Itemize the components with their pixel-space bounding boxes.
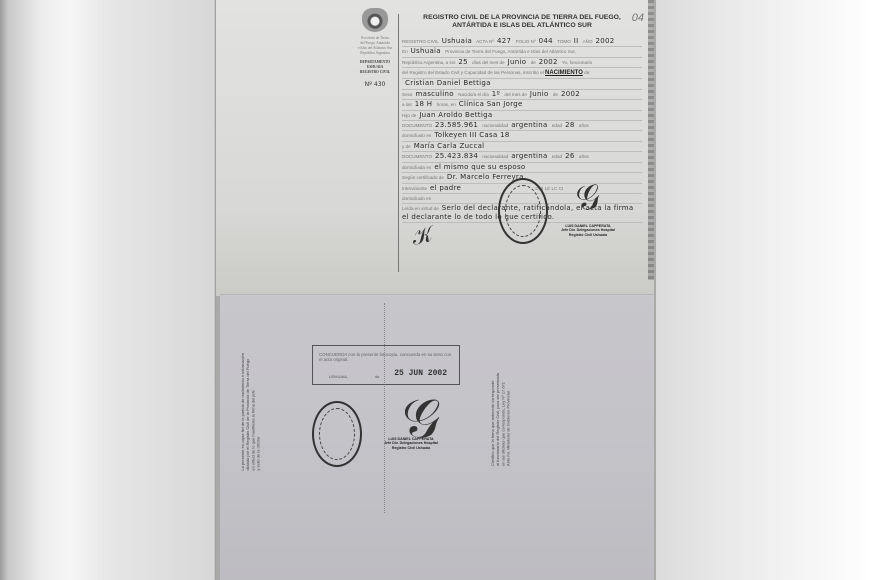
- certificate-title: REGISTRO CIVIL DE LA PROVINCIA DE TIERRA…: [402, 14, 642, 31]
- field-dom-padre: Tolkeyen III Casa 18: [434, 131, 509, 139]
- field-nac-padre: argentina: [511, 121, 547, 129]
- field-hora: 18 H: [415, 100, 433, 108]
- field-sexo: masculino: [415, 90, 453, 98]
- field-nac-madre: argentina: [511, 152, 547, 160]
- field-lugar: Clínica San Jorge: [459, 100, 523, 108]
- right-vertical-note: Certifico que la firma que antecede corr…: [490, 373, 511, 466]
- row-doc-madre: DOCUMENTO25.423.834 nacionalidadargentin…: [402, 152, 642, 162]
- column-divider: [398, 14, 399, 272]
- declarant-signature-icon: 𝒦: [410, 222, 435, 251]
- signer-block: LUIS DANIEL CAPPERATA Jefe Div. Delegaci…: [376, 437, 446, 450]
- row-sexo: Sexomasculino Nacido/a el día1º del mes …: [402, 90, 642, 100]
- field-dia: 25: [458, 58, 468, 66]
- field-edad-madre: 26: [565, 152, 575, 160]
- field-tomo: II: [574, 37, 579, 45]
- official-seal-icon: [312, 401, 362, 467]
- row-madre: y deMaría Carla Zuccal: [402, 142, 642, 152]
- row-hora: a las18 H horas, enClínica San Jorge: [402, 100, 642, 110]
- field-madre: María Carla Zuccal: [414, 142, 485, 150]
- official-seal-icon: [498, 178, 548, 244]
- issuer-column: Provincia de Tierra del Fuego, Antártida…: [350, 8, 400, 88]
- field-doc-madre: 25.423.834: [435, 152, 478, 160]
- field-dom-madre: el mismo que su esposo: [434, 163, 525, 171]
- margin-note: Nº 430: [350, 81, 400, 88]
- field-nombre: Cristian Daniel Bettiga: [405, 79, 491, 87]
- field-edad-padre: 28: [565, 121, 575, 129]
- field-folio: 044: [539, 37, 553, 45]
- field-doc-padre: 23.585.961: [435, 121, 478, 129]
- left-vertical-note: La presente es copia fiel de la partida …: [240, 353, 261, 471]
- certification-stamp: CONCUERDA con la presente fotocopia, con…: [312, 345, 460, 385]
- field-nacido-dia: 1º: [492, 90, 500, 98]
- field-en: Ushuaia: [411, 47, 441, 55]
- row-registro-text: del Registro del Estado Civil y Capacida…: [402, 68, 642, 79]
- field-registro: Ushuaia: [442, 37, 472, 45]
- field-acta: 427: [497, 37, 511, 45]
- field-ano: 2002: [596, 37, 615, 45]
- row-en: EnUshuaia Provincia de Tierra del Fuego,…: [402, 47, 642, 57]
- fold-line: [384, 303, 385, 513]
- coat-of-arms-icon: [362, 8, 388, 32]
- row-padre: Hijo deJuan Aroldo Bettiga: [402, 111, 642, 121]
- row-nombre: Cristian Daniel Bettiga: [402, 79, 642, 89]
- document-photo: 04 Provincia de Tierra del Fuego, Antárt…: [216, 0, 656, 580]
- row-fecha: República Argentina, a los25 días del me…: [402, 58, 642, 68]
- page-edge-shadow: [648, 0, 654, 280]
- field-nacido-anio: 2002: [561, 90, 580, 98]
- row-dom-padre: domiciliado enTolkeyen III Casa 18: [402, 131, 642, 141]
- field-anio: 2002: [539, 58, 558, 66]
- row-doc-padre: DOCUMENTO23.585.961 nacionalidadargentin…: [402, 121, 642, 131]
- field-padre: Juan Aroldo Bettiga: [419, 111, 492, 119]
- certificate-back-page: La presente es copia fiel de la partida …: [220, 294, 654, 580]
- signer-block: LUIS DANIEL CAPPERATA Jefe Div. Delegaci…: [548, 224, 628, 237]
- stamp-date: 25 JUN 2002: [394, 369, 447, 378]
- department-line: REGISTRO CIVIL: [350, 70, 400, 75]
- certificate-front-page: 04 Provincia de Tierra del Fuego, Antárt…: [216, 0, 654, 296]
- row-registro: REGISTRO CIVILUshuaia ACTA Nº427 FOLIO N…: [402, 37, 642, 47]
- field-nacido-mes: Junio: [530, 90, 549, 98]
- row-dom-madre: domiciliada enel mismo que su esposo: [402, 163, 642, 173]
- field-interviniente: el padre: [430, 184, 461, 192]
- field-mes: Junio: [508, 58, 527, 66]
